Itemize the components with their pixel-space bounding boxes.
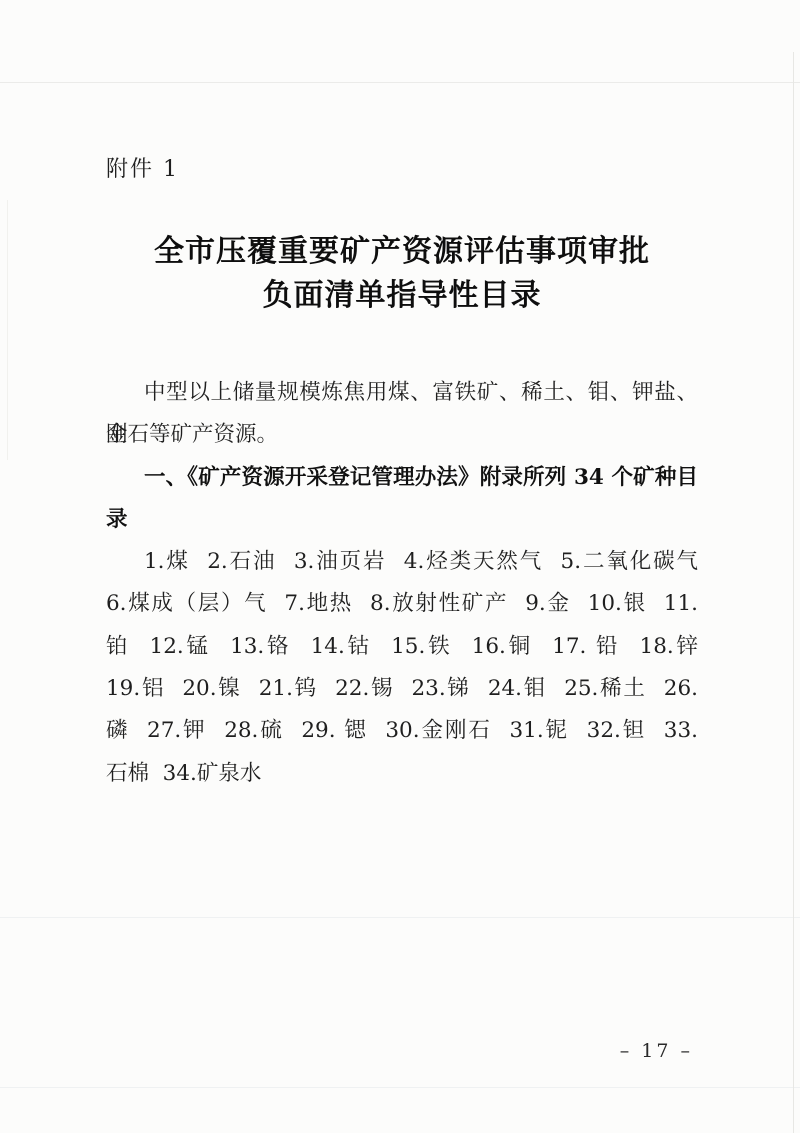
mineral-list-line: 1.煤 2.石油 3.油页岩 4.烃类天然气 5.二氧化碳气 bbox=[106, 541, 698, 583]
body-paragraph-line: 刚石等矿产资源。 bbox=[106, 414, 698, 456]
section-heading-line: 录 bbox=[106, 499, 698, 541]
body-paragraph-line: 中型以上储量规模炼焦用煤、富铁矿、稀土、钼、钾盐、金 bbox=[106, 372, 698, 414]
scan-artifact-horizontal-line bbox=[0, 82, 800, 83]
mineral-list-line: 6.煤成（层）气 7.地热 8.放射性矿产 9.金 10.银 11. bbox=[106, 583, 698, 625]
page-number: – 17 – bbox=[620, 1038, 693, 1064]
document-title: 全市压覆重要矿产资源评估事项审批 负面清单指导性目录 bbox=[106, 230, 698, 318]
title-line-2: 负面清单指导性目录 bbox=[106, 274, 698, 318]
document-body: 中型以上储量规模炼焦用煤、富铁矿、稀土、钼、钾盐、金 刚石等矿产资源。 一、《矿… bbox=[106, 372, 698, 795]
scan-artifact-vertical-line bbox=[793, 52, 794, 1133]
attachment-label: 附件 1 bbox=[106, 156, 179, 184]
scan-artifact-horizontal-line bbox=[0, 917, 800, 918]
scan-artifact-vertical-line bbox=[7, 200, 8, 460]
section-heading-line: 一、《矿产资源开采登记管理办法》附录所列 34 个矿种目 bbox=[106, 457, 698, 499]
title-line-1: 全市压覆重要矿产资源评估事项审批 bbox=[106, 230, 698, 274]
mineral-list-line: 石棉 34.矿泉水 bbox=[106, 753, 698, 795]
scanned-document-page: 附件 1 全市压覆重要矿产资源评估事项审批 负面清单指导性目录 中型以上储量规模… bbox=[0, 0, 800, 1133]
mineral-list-line: 19.铝 20.镍 21.钨 22.锡 23.锑 24.钼 25.稀土 26. bbox=[106, 668, 698, 710]
mineral-list-line: 磷 27.钾 28.硫 29. 锶 30.金刚石 31.铌 32.钽 33. bbox=[106, 710, 698, 752]
scan-artifact-horizontal-line bbox=[0, 1087, 800, 1088]
mineral-list-line: 铂 12.锰 13.铬 14.钴 15.铁 16.铜 17. 铅 18.锌 bbox=[106, 626, 698, 668]
